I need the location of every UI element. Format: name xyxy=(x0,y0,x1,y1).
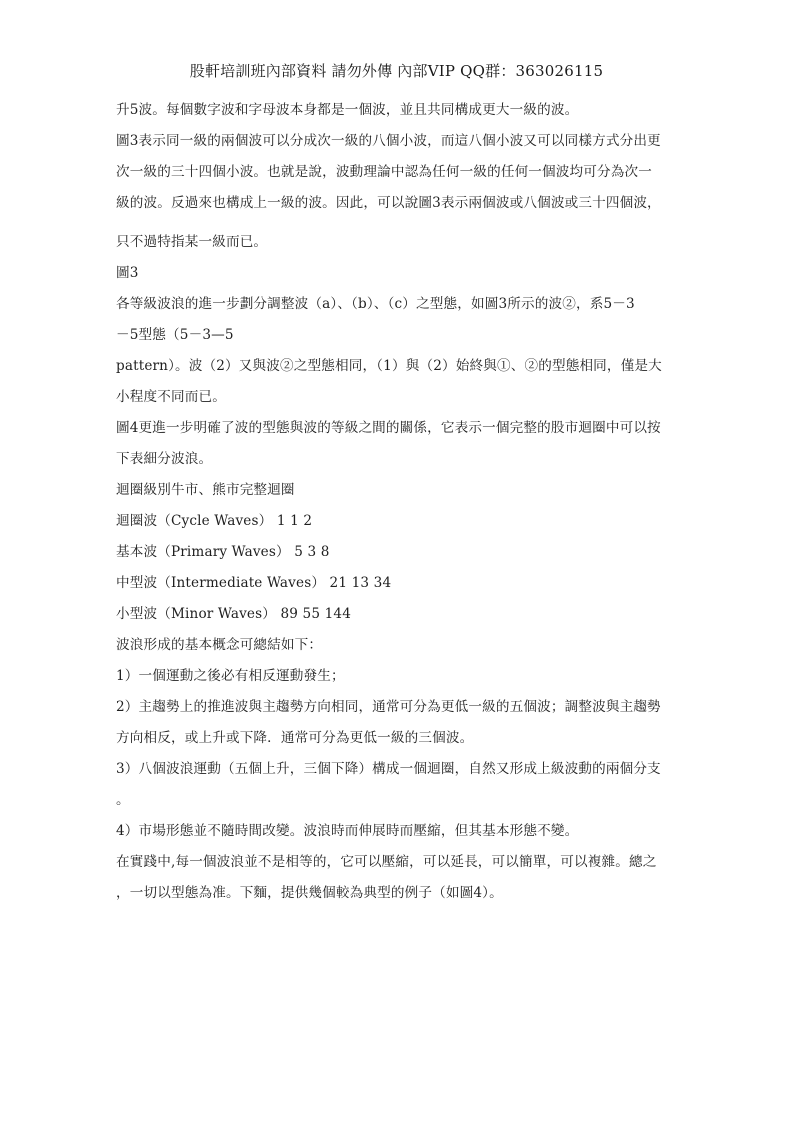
list-item: 1）一個運動之後必有相反運動發生； xyxy=(116,668,345,684)
list-item: 2）主趨勢上的推進波與主趨勢方向相同，通常可分為更低一級的五個波；調整波與主趨勢 xyxy=(116,699,661,715)
list-item: 4）市場形態並不隨時間改變。波浪時而伸展時而壓縮，但其基本形態不變。 xyxy=(116,823,578,839)
text-line: 。 xyxy=(116,792,130,808)
text-line: ，一切以型態為准。下麵，提供幾個較為典型的例子（如圖4）。 xyxy=(116,885,503,901)
text-line: 波浪形成的基本概念可總結如下： xyxy=(116,637,322,653)
text-line: 在實踐中,每一個波浪並不是相等的，它可以壓縮，可以延長，可以簡單，可以複雜。總之 xyxy=(116,854,656,870)
page-header: 股軒培訓班內部資料 請勿外傳 內部VIP QQ群：363026115 xyxy=(0,60,793,81)
text-line: －5型態（5－3—5 xyxy=(116,327,234,343)
text-line: 升5波。每個數字波和字母波本身都是一個波，並且共同構成更大一級的波。 xyxy=(116,102,578,118)
text-line: 各等級波浪的進一步劃分調整波（a）、（b）、（c）之型態，如圖3所示的波②，系5… xyxy=(116,296,635,312)
table-row: 迴圈波（Cycle Waves） 1 1 2 xyxy=(116,513,312,529)
list-item: 3）八個波浪運動（五個上升，三個下降）構成一個迴圈，自然又形成上級波動的兩個分支 xyxy=(116,761,661,777)
text-line: 級的波。反過來也構成上一級的波。因此，可以說圖3表示兩個波或八個波或三十四個波， xyxy=(116,195,661,211)
text-line: 下表細分波浪。 xyxy=(116,451,212,467)
text-line: 方向相反，或上升或下降．通常可分為更低一級的三個波。 xyxy=(116,730,473,746)
table-row: 小型波（Minor Waves） 89 55 144 xyxy=(116,606,351,622)
table-heading: 迴圈級別牛市、熊市完整迴圈 xyxy=(116,482,295,498)
text-line: 只不過特指某一級而已。 xyxy=(116,234,267,250)
text-line: 小程度不同而已。 xyxy=(116,389,226,405)
document-page: 股軒培訓班內部資料 請勿外傳 內部VIP QQ群：363026115 升5波。每… xyxy=(0,0,793,1122)
text-line: 次一級的三十四個小波。也就是說，波動理論中認為任何一級的任何一個波均可分為次一 xyxy=(116,164,652,180)
figure-label: 圖3 xyxy=(116,265,139,281)
table-row: 中型波（Intermediate Waves） 21 13 34 xyxy=(116,575,391,591)
table-row: 基本波（Primary Waves） 5 3 8 xyxy=(116,544,330,560)
text-line: 圖4更進一步明確了波的型態與波的等級之間的關係，它表示一個完整的股市迴圈中可以按 xyxy=(116,420,661,436)
text-line: 圖3表示同一級的兩個波可以分成次一級的八個小波，而這八個小波又可以同樣方式分出更 xyxy=(116,133,661,149)
text-line: pattern）。波（2）又與波②之型態相同，（1）與（2）始終與①、②的型態相… xyxy=(116,358,662,374)
